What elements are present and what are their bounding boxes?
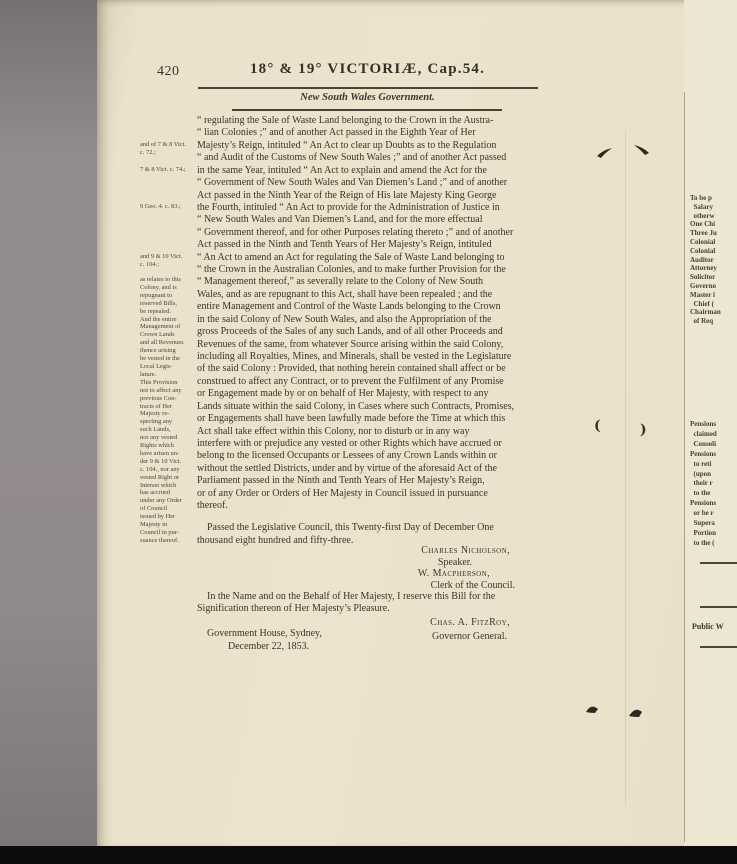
margin-note-line: specting any xyxy=(140,418,197,426)
governor-signature: Chas. A. FitzRoy, xyxy=(350,617,510,628)
body-text-line: Majesty’s Reign, intituled “ An Act to c… xyxy=(197,140,538,152)
body-text-line: including all Royalties, Mines, and Mine… xyxy=(197,351,538,363)
body-text-line: Lands situate within the said Colony, in… xyxy=(197,401,538,413)
next-page-text-fragments: Pensions claimed ConsoliPensions to reti… xyxy=(690,420,737,550)
margin-note-line: Council in pur- xyxy=(140,529,197,537)
body-text-line: “ Government thereof, and for other Purp… xyxy=(197,227,538,239)
binding-mark xyxy=(629,705,643,723)
fragment-line: Supera xyxy=(690,519,737,529)
body-text-line: Act passed in the Ninth Year of the Reig… xyxy=(197,190,538,202)
next-page-rule xyxy=(700,646,737,648)
margin-note-line: 9 Geo. 4. c. 83.; xyxy=(140,203,197,211)
body-text-line: “ Government of New South Wales and Van … xyxy=(197,177,538,189)
body-text-line: “ lian Colonies ;” and of another Act pa… xyxy=(197,127,538,139)
margin-note: and 9 & 10 Vict.c. 104.; xyxy=(140,253,197,269)
fragment-line: Master i xyxy=(690,291,737,300)
body-text-line: Wales, and as are repugnant to this Act,… xyxy=(197,289,538,301)
margin-note-line: lature. xyxy=(140,371,197,379)
fragment-line: Salary xyxy=(690,203,737,212)
fragment-line: Colonial xyxy=(690,247,737,256)
reserve-paragraph-line: Signification thereon of Her Majesty’s P… xyxy=(197,603,390,614)
body-text-line: entire Management and Control of the Was… xyxy=(197,301,538,313)
binding-mark: ( xyxy=(594,418,601,434)
margin-note-line: be repealed. xyxy=(140,308,197,316)
body-text-line: or Engagements shall have been lawfully … xyxy=(197,413,538,425)
fragment-line: of Req xyxy=(690,317,737,326)
body-text-line: “ Management thereof,” as severally rela… xyxy=(197,276,538,288)
speaker-title: Speaker. xyxy=(380,557,530,568)
body-text-line: in the said Colony of New South Wales, a… xyxy=(197,314,538,326)
body-text-line: or of any Order or Orders of Her Majesty… xyxy=(197,488,538,500)
body-text-line: of the said Colony : Provided, that noth… xyxy=(197,363,538,375)
margin-note-line: suance thereof. xyxy=(140,537,197,545)
fragment-line: Solicitor xyxy=(690,273,737,282)
body-text-line: “ regulating the Sale of Waste Land belo… xyxy=(197,115,538,127)
binding-mark: ) xyxy=(640,422,647,438)
margin-note-line: c. 104., nor any xyxy=(140,466,197,474)
body-text-line: Act shall take effect within this Colony… xyxy=(197,426,538,438)
fragment-line: Pensions xyxy=(690,499,737,509)
body-text-line: “ and Audit of the Customs of New South … xyxy=(197,152,538,164)
margin-note-line: not to affect any xyxy=(140,387,197,395)
margin-note: 7 & 8 Vict. c. 74.; xyxy=(140,166,197,174)
clerk-signature: W. Macpherson, xyxy=(330,568,490,579)
fragment-line: their r xyxy=(690,479,737,489)
body-text-line: “ An Act to amend an Act for regulating … xyxy=(197,252,538,264)
next-page-rule xyxy=(700,606,737,608)
margin-note-line: tracts of Her xyxy=(140,403,197,411)
margin-note-line: This Provision xyxy=(140,379,197,387)
fragment-line: or be r xyxy=(690,509,737,519)
fragment-line: claimed xyxy=(690,430,737,440)
body-text-line: thereof. xyxy=(197,500,538,512)
binding-mark xyxy=(632,143,650,161)
fragment-line: Consoli xyxy=(690,440,737,450)
fragment-line: otherw xyxy=(690,212,737,221)
margin-note-line: have arisen un- xyxy=(140,450,197,458)
body-text-line: the Fourth, intituled “ An Act to provid… xyxy=(197,202,538,214)
next-page-rule xyxy=(700,562,737,564)
paper-crease xyxy=(625,130,626,806)
fragment-line: to reti xyxy=(690,460,737,470)
body-text-line: interfere with or prejudice any vested o… xyxy=(197,438,538,450)
margin-note-line: and all Revenues xyxy=(140,339,197,347)
page-number: 420 xyxy=(157,64,180,80)
scanned-act-page: 420 18° & 19° VICTORIÆ, Cap.54. New Sout… xyxy=(0,0,737,864)
margin-note-line: Colony, and is xyxy=(140,284,197,292)
body-text: “ regulating the Sale of Waste Land belo… xyxy=(197,115,538,513)
header-rule xyxy=(198,87,538,89)
margin-note-line: c. 104.; xyxy=(140,261,197,269)
body-text-line: Revenues of the same, from whatever Sour… xyxy=(197,339,538,351)
fragment-line: (upon xyxy=(690,470,737,480)
margin-note: and of 7 & 8 Vict.c. 72.; xyxy=(140,141,197,157)
margin-note-line: such Lands, xyxy=(140,426,197,434)
fragment-line: Governo xyxy=(690,282,737,291)
margin-note-line: has accrued xyxy=(140,489,197,497)
margin-note-line: c. 72.; xyxy=(140,149,197,157)
speaker-signature: Charles Nicholson, xyxy=(330,545,510,556)
clerk-title: Clerk of the Council. xyxy=(360,580,515,591)
act-title: 18° & 19° VICTORIÆ, Cap.54. xyxy=(197,61,538,78)
margin-note-line: issued by Her xyxy=(140,513,197,521)
margin-note-line: Crown Lands xyxy=(140,331,197,339)
body-text-line: or Engagement made by or on behalf of He… xyxy=(197,388,538,400)
next-page-text-fragments: To be p Salary otherwOne ChiThree JuColo… xyxy=(690,194,737,328)
body-text-line: without the settled Districts, under and… xyxy=(197,463,538,475)
body-text-line: belong to the licensed Occupants or Less… xyxy=(197,450,538,462)
fragment-line: to the ( xyxy=(690,539,737,549)
fragment-line: Pensions xyxy=(690,420,737,430)
fragment-line: Attorney xyxy=(690,264,737,273)
margin-note-line: reserved Bills, xyxy=(140,300,197,308)
fragment-line: Auditor xyxy=(690,256,737,265)
margin-note-line: 7 & 8 Vict. c. 74.; xyxy=(140,166,197,174)
governor-title: Governor General. xyxy=(350,631,507,642)
passed-paragraph-line: Passed the Legislative Council, this Twe… xyxy=(207,522,494,533)
margin-note-line: And the entire xyxy=(140,316,197,324)
reserve-paragraph-line: In the Name and on the Behalf of Her Maj… xyxy=(207,591,495,602)
fragment-line: Three Ju xyxy=(690,229,737,238)
place-line: Government House, Sydney, xyxy=(207,628,322,639)
fragment-line: Pensions xyxy=(690,450,737,460)
margin-note: as relates to thisColony, and isrepugnan… xyxy=(140,276,197,545)
margin-note-line: Management of xyxy=(140,323,197,331)
body-text-line: Parliament passed in the Ninth and Tenth… xyxy=(197,475,538,487)
scanner-backdrop xyxy=(0,0,97,864)
margin-note-line: Local Legis- xyxy=(140,363,197,371)
margin-note-line: vested Right or xyxy=(140,474,197,482)
fragment-line: To be p xyxy=(690,194,737,203)
margin-note-line: der 9 & 10 Vict. xyxy=(140,458,197,466)
margin-note-line: Rights which xyxy=(140,442,197,450)
margin-note-line: of Council xyxy=(140,505,197,513)
body-text-line: construed to affect any Contract, or to … xyxy=(197,376,538,388)
fragment-line: One Chi xyxy=(690,220,737,229)
body-text-line: in the same Year, intituled “ An Act to … xyxy=(197,165,538,177)
margin-note-line: Majesty in xyxy=(140,521,197,529)
margin-note-line: and of 7 & 8 Vict. xyxy=(140,141,197,149)
margin-note-line: and 9 & 10 Vict. xyxy=(140,253,197,261)
margin-note-line: thence arising xyxy=(140,347,197,355)
margin-note: 9 Geo. 4. c. 83.; xyxy=(140,203,197,211)
fragment-line: Colonial xyxy=(690,238,737,247)
running-head-rule xyxy=(232,109,502,111)
margin-note-line: Interest which xyxy=(140,482,197,490)
body-text-line: Act passed in the Ninth and Tenth Years … xyxy=(197,239,538,251)
margin-note-line: repugnant to xyxy=(140,292,197,300)
fragment-line: Chief ( xyxy=(690,300,737,309)
margin-note-line: be vested in the xyxy=(140,355,197,363)
fragment-line: Chairman xyxy=(690,308,737,317)
margin-note-line: under any Order xyxy=(140,497,197,505)
margin-note-line: Majesty re- xyxy=(140,410,197,418)
body-text-line: “ the Crown in the Australian Colonies, … xyxy=(197,264,538,276)
margin-note-line: as relates to this xyxy=(140,276,197,284)
margin-note-line: previous Con- xyxy=(140,395,197,403)
binding-mark xyxy=(596,146,614,164)
date-line: December 22, 1853. xyxy=(228,641,309,652)
scan-bottom-edge xyxy=(0,846,737,864)
next-page-heading-fragment: Public W xyxy=(692,622,724,631)
binding-mark xyxy=(586,701,599,719)
fragment-line: Portion xyxy=(690,529,737,539)
body-text-line: gross Proceeds of the Sales of any such … xyxy=(197,326,538,338)
fragment-line: to the xyxy=(690,489,737,499)
page-edge-line xyxy=(684,92,685,842)
running-head: New South Wales Government. xyxy=(197,92,538,103)
body-text-line: “ New South Wales and Van Diemen’s Land,… xyxy=(197,214,538,226)
margin-note-line: nor any vested xyxy=(140,434,197,442)
